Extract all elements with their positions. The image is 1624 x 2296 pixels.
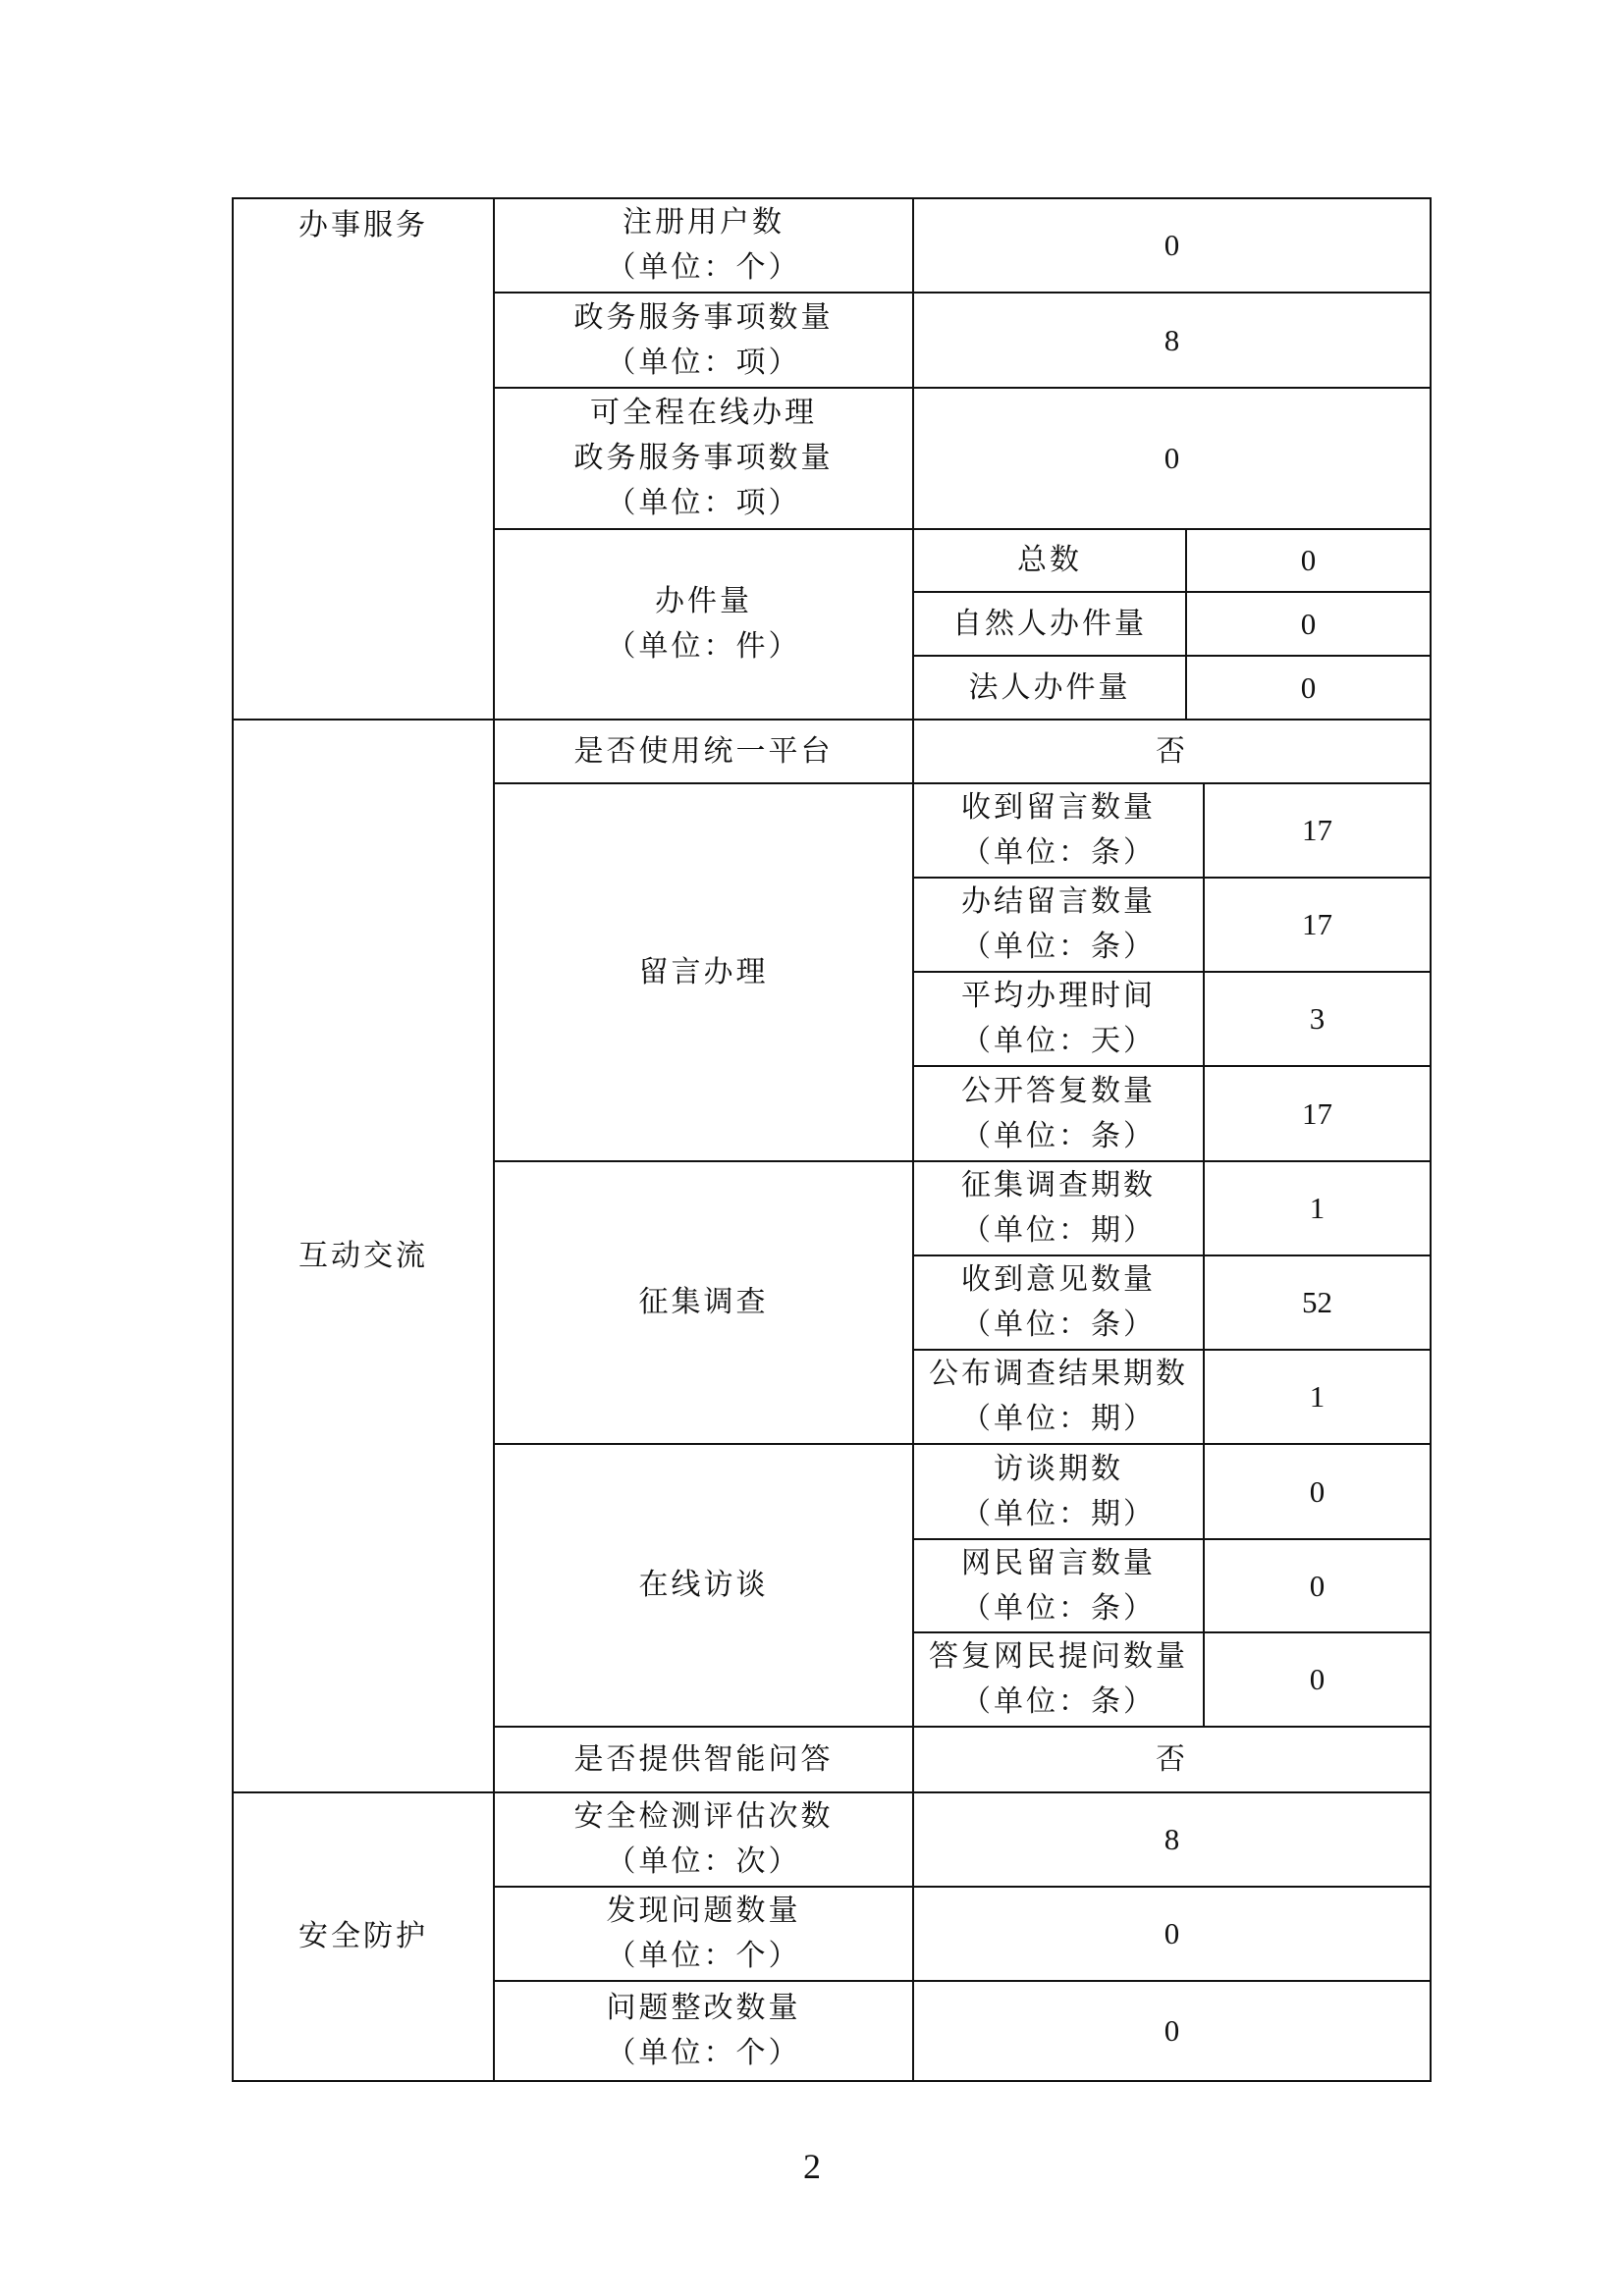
label-online-service-items: 可全程在线办理 政务服务事项数量 （单位：项） [493,387,914,530]
section-title-interaction: 互动交流 [232,719,495,1793]
label-survey-results-published: 公布调查结果期数 （单位：期） [912,1349,1205,1445]
value-survey-periods: 1 [1203,1160,1432,1256]
label-netizen-questions-answered: 答复网民提问数量 （单位：条） [912,1631,1205,1728]
value-messages-received: 17 [1203,782,1432,879]
label-online-interviews: 在线访谈 [493,1443,914,1728]
label-smart-qa: 是否提供智能问答 [493,1726,914,1793]
value-security-assessments: 8 [912,1791,1432,1888]
value-case-total: 0 [1185,528,1432,593]
value-case-natural-person: 0 [1185,591,1432,657]
label-average-handling-time: 平均办理时间 （单位：天） [912,971,1205,1067]
label-survey-periods: 征集调查期数 （单位：期） [912,1160,1205,1256]
label-issues-found: 发现问题数量 （单位：个） [493,1886,914,1982]
label-registered-users: 注册用户数 （单位：个） [493,197,914,294]
label-messages-closed: 办结留言数量 （单位：条） [912,877,1205,973]
value-opinions-received: 52 [1203,1255,1432,1351]
label-opinions-received: 收到意见数量 （单位：条） [912,1255,1205,1351]
page-number: 2 [0,2146,1624,2187]
value-interview-periods: 0 [1203,1443,1432,1540]
label-case-natural-person: 自然人办件量 [912,591,1187,657]
value-netizen-questions-answered: 0 [1203,1631,1432,1728]
value-netizen-messages: 0 [1203,1538,1432,1633]
value-registered-users: 0 [912,197,1432,294]
label-case-legal-person: 法人办件量 [912,655,1187,721]
label-case-total: 总数 [912,528,1187,593]
label-unified-platform: 是否使用统一平台 [493,719,914,784]
label-issues-fixed: 问题整改数量 （单位：个） [493,1980,914,2082]
value-average-handling-time: 3 [1203,971,1432,1067]
section-title-security: 安全防护 [232,1791,495,2082]
value-smart-qa: 否 [912,1726,1432,1793]
label-security-assessments: 安全检测评估次数 （单位：次） [493,1791,914,1888]
document-page: 办事服务 注册用户数 （单位：个） 0 政务服务事项数量 （单位：项） 8 可全… [0,0,1624,2296]
label-public-replies: 公开答复数量 （单位：条） [912,1065,1205,1162]
value-issues-fixed: 0 [912,1980,1432,2082]
value-case-legal-person: 0 [1185,655,1432,721]
value-messages-closed: 17 [1203,877,1432,973]
label-message-handling: 留言办理 [493,782,914,1162]
label-case-volume: 办件量 （单位：件） [493,528,914,721]
label-surveys: 征集调查 [493,1160,914,1445]
value-survey-results-published: 1 [1203,1349,1432,1445]
value-unified-platform: 否 [912,719,1432,784]
label-messages-received: 收到留言数量 （单位：条） [912,782,1205,879]
label-interview-periods: 访谈期数 （单位：期） [912,1443,1205,1540]
value-service-items: 8 [912,292,1432,389]
value-public-replies: 17 [1203,1065,1432,1162]
value-online-service-items: 0 [912,387,1432,530]
value-issues-found: 0 [912,1886,1432,1982]
label-service-items: 政务服务事项数量 （单位：项） [493,292,914,389]
label-netizen-messages: 网民留言数量 （单位：条） [912,1538,1205,1633]
section-title-service: 办事服务 [232,197,495,721]
